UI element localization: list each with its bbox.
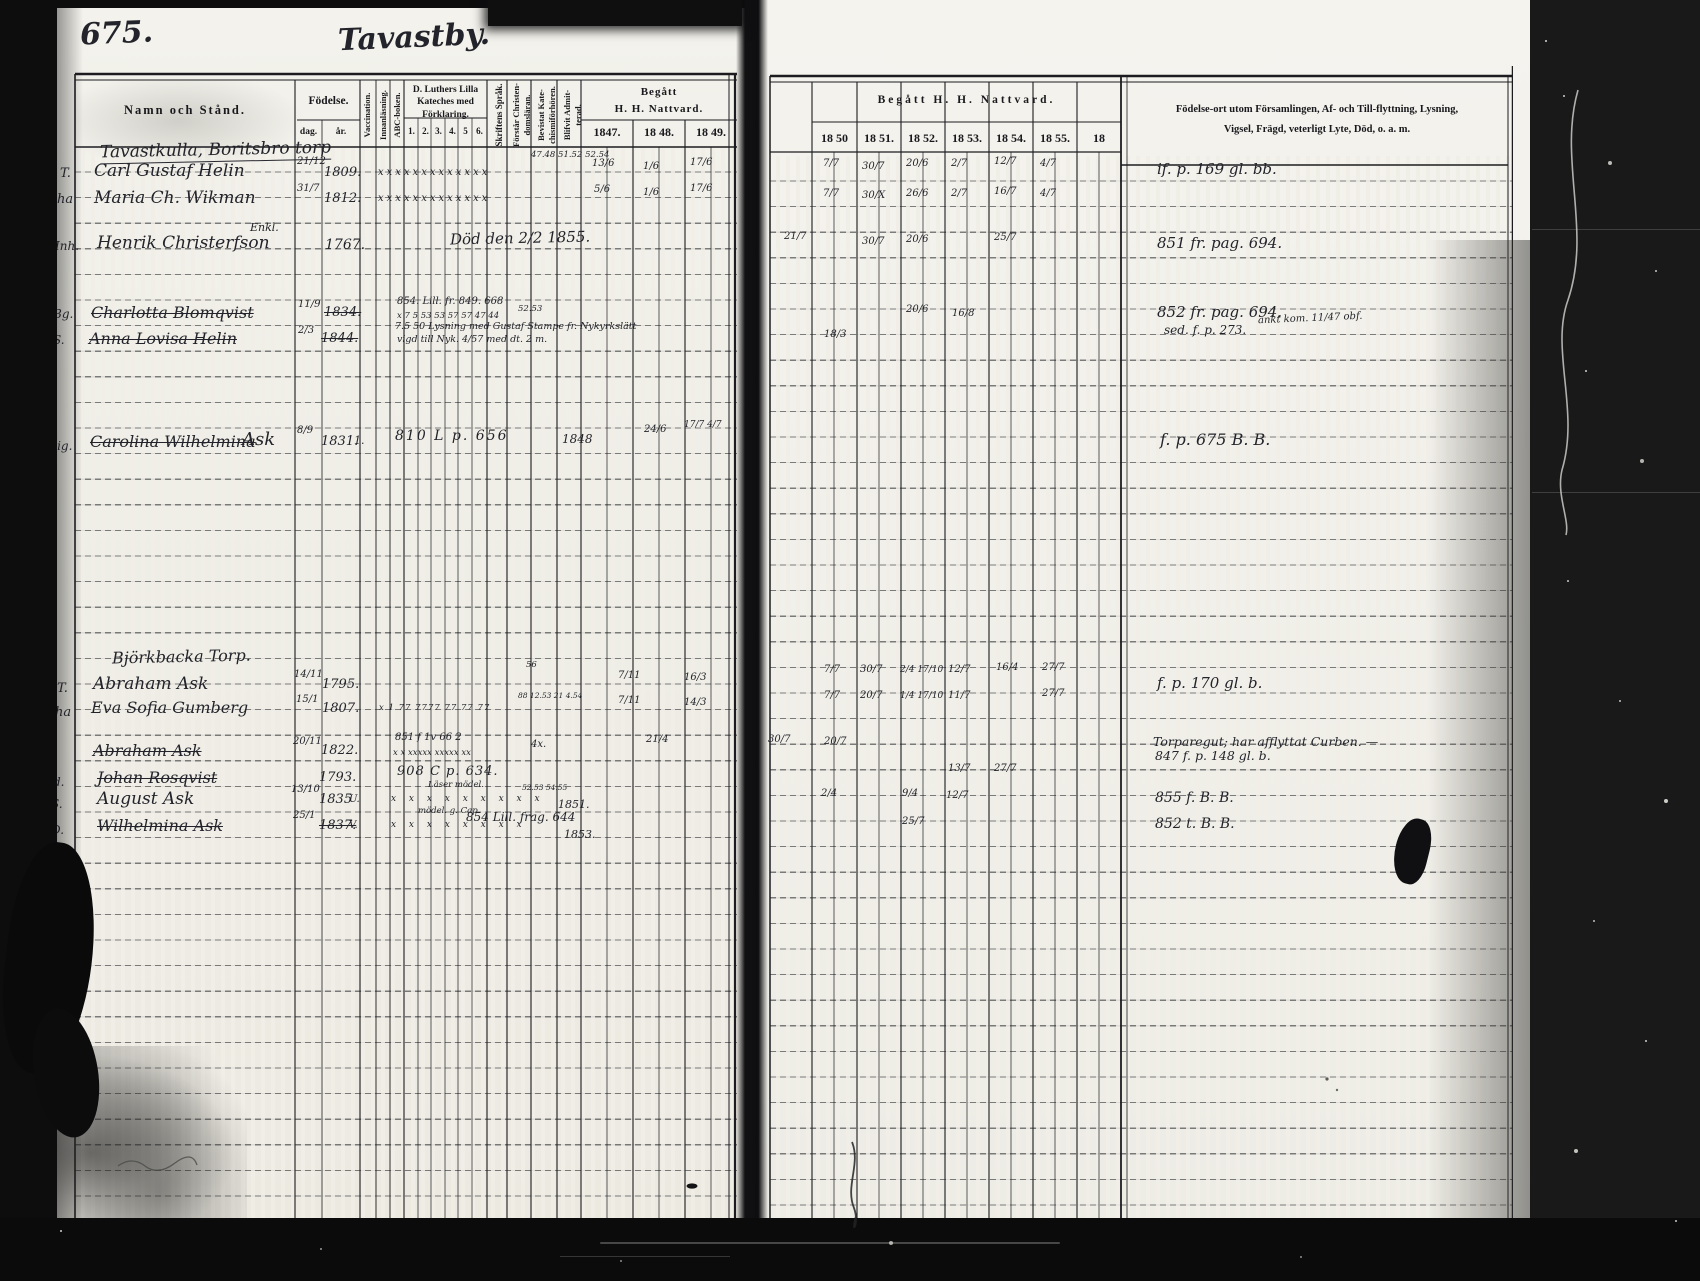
entry-helin-communion-1849: 17/6 xyxy=(690,157,712,168)
entry-eva-name: Eva Sofia Gumberg xyxy=(91,698,248,717)
top-center-shadow xyxy=(488,0,742,26)
entry-august-name: August Ask xyxy=(97,789,194,809)
entry-helin-communion-1854: 12/7 xyxy=(994,156,1016,167)
entry-eva-communion-1855: 27/7 xyxy=(1042,688,1064,699)
entry-abraham-jr-attended: 4x. xyxy=(531,739,546,750)
entry-christerfson-communion-1851: 30/7 xyxy=(862,236,884,247)
entry-eva-catechism-marks: x 1 77 7777 77 77 77 xyxy=(379,703,490,713)
entry-anna-birth-year: 1844. xyxy=(321,331,358,346)
entry-eva-birth-year: 1807. xyxy=(322,701,359,716)
entry-carolina-vaccination: 1. xyxy=(354,434,365,447)
entry-abraham-note: f. p. 170 gl. b. xyxy=(1157,674,1262,692)
year-header-1855: 18 55. xyxy=(1033,131,1077,146)
entry-carolina-birth-day: 8/9 xyxy=(297,425,313,436)
binding-gutter xyxy=(736,0,768,1281)
entry-helin-birth-year: 1809. xyxy=(324,165,361,180)
right-page-edge-shading xyxy=(1428,240,1530,1220)
entry-wilhelmina-exam-note: 854 Lill. frag. 644 xyxy=(466,810,575,824)
catechism-col-5: 5 xyxy=(459,126,472,136)
entry-rosqvist-communion-1853: 13/7 xyxy=(948,763,970,774)
scan-streak-1 xyxy=(1532,229,1700,230)
column-header-catechism: D. Luthers Lilla Kateches med Förklaring… xyxy=(404,84,487,121)
entry-august-note: 855 f. B. B. xyxy=(1155,790,1234,806)
entry-abraham-jr-catechism-note: 851 f 1v 66 2 xyxy=(395,732,462,743)
entry-abraham-communion-1849: 16/3 xyxy=(684,672,706,683)
entry-eva-communion-1847: 7/11 xyxy=(618,695,640,706)
column-header-birth-year: år. xyxy=(322,127,360,137)
entry-wikman-prefix: ha xyxy=(57,192,73,207)
entry-august-communion-1853: 12/7 xyxy=(946,790,968,801)
bottom-scratch-1 xyxy=(600,1242,1060,1244)
entry-blomqvist-communion-1853: 16/8 xyxy=(952,308,974,319)
year-header-1852: 18 52. xyxy=(901,131,945,146)
catechism-col-4: 4. xyxy=(446,126,459,136)
entry-wikman-communion-1848: 1/6 xyxy=(643,187,659,198)
entry-wikman-communion-1851: 30/X xyxy=(862,190,885,201)
entry-blomqvist-birth-day: 11/9 xyxy=(298,299,320,310)
entry-blomqvist-catechism-marks: x 7 5 53 53 57 57 47 44 xyxy=(397,311,499,321)
entry-eva-communion-1849: 14/3 xyxy=(684,697,706,708)
catechism-col-2: 2. xyxy=(419,126,432,136)
entry-august-exam-years: 52.53 54.55 xyxy=(522,784,567,793)
entry-wikman-name: Maria Ch. Wikman xyxy=(94,188,256,208)
entry-wilhelmina-name: Wilhelmina Ask xyxy=(97,816,223,835)
column-header-notes: Födelse-ort utom Församlingen, Af- och T… xyxy=(1121,100,1513,140)
entry-wikman-communion-1847: 5/6 xyxy=(594,184,610,195)
entry-wikman-birth-year: 1812. xyxy=(324,191,361,206)
entry-helin-communion-1848: 1/6 xyxy=(643,161,659,172)
entry-christerfson-birth-year: 1767. xyxy=(325,237,365,253)
column-header-abc-book: ABC-boken. xyxy=(392,83,403,147)
entry-wikman-communion-1850: 7/7 xyxy=(823,188,839,199)
entry-rosqvist-communion-1854: 27/7 xyxy=(994,763,1016,774)
dust-specks-right xyxy=(1545,40,1547,42)
entry-helin-communion-1853: 2/7 xyxy=(951,158,967,169)
archival-scan: Namn och Stånd. Födelse. dag. år. Vaccin… xyxy=(0,0,1700,1281)
entry-helin-prefix: T. xyxy=(60,166,71,181)
entry-helin-communion-1847: 13/6 xyxy=(592,158,614,169)
entry-abraham-jr-note: Torparegut; har afflyttat Curben. — xyxy=(1153,734,1378,749)
entry-carolina-name: Carolina Wilhelmina xyxy=(90,432,256,451)
entry-wilhelmina-admitted-year: 1853. xyxy=(564,828,596,841)
entry-eva-communion-1850: 7/7 xyxy=(824,690,840,701)
entry-eva-communion-1853: 11/7 xyxy=(948,690,970,701)
entry-abraham-communion-1854: 16/4 xyxy=(996,662,1018,673)
entry-eva-prefix: ha xyxy=(55,705,71,720)
entry-christerfson-prefix: Inh. xyxy=(55,239,79,253)
entry-christerfson-status: Enkl. xyxy=(250,221,279,234)
entry-eva-birth-day: 15/1 xyxy=(296,694,318,705)
entry-abraham-birth-year: 1795. xyxy=(322,677,359,692)
entry-abraham-jr-note-2: 847 f. p. 148 gl. b. xyxy=(1155,748,1271,763)
dust-specks-bottom xyxy=(60,1230,62,1232)
entry-abraham-communion-1853: 12/7 xyxy=(948,664,970,675)
entry-blomqvist-communion-1852: 20/6 xyxy=(906,304,928,315)
entry-abraham-communion-1855: 27/7 xyxy=(1042,662,1064,673)
entry-wikman-communion-1853: 2/7 xyxy=(951,188,967,199)
column-header-name: Namn och Stånd. xyxy=(75,103,295,118)
entry-helin-communion-1852: 20/6 xyxy=(906,158,928,169)
entry-abraham-communion-1850: 7/7 xyxy=(824,664,840,675)
column-header-scripture: Skriftens Språk. xyxy=(494,83,506,147)
year-header-1847: 1847. xyxy=(581,125,633,140)
entry-carolina-surname: Ask xyxy=(242,429,275,450)
entry-abraham-jr-name: Abraham Ask xyxy=(93,741,202,760)
catechism-col-1: 1. xyxy=(405,126,418,136)
entry-abraham-name: Abraham Ask xyxy=(93,674,208,694)
catechism-col-6: 6. xyxy=(473,126,486,136)
entry-august-reading-note: Läser mödel. xyxy=(428,780,484,790)
entry-wilhelmina-birth-day: 25/1 xyxy=(293,810,315,821)
entry-abraham-communion-1851: 30/7 xyxy=(860,664,882,675)
entry-blomqvist-note-3: sed. f. p. 273. xyxy=(1164,323,1246,337)
entry-august-communion-1850: 2/4 xyxy=(821,788,837,799)
bottom-scan-border xyxy=(0,1218,1700,1281)
entry-abraham-jr-birth-day: 20/11 xyxy=(293,736,322,747)
entry-abraham-jr-margin-mark: 30/7 xyxy=(768,734,790,745)
entry-christerfson-communion-1850: 21/7 xyxy=(784,231,806,242)
entry-carolina-communion-1849: 17/7 4/7 xyxy=(684,420,722,430)
entry-august-communion-1852: 9/4 xyxy=(902,788,918,799)
entry-christerfson-communion-1852: 20/6 xyxy=(906,234,928,245)
column-header-communion-left: Begått H. H. Nattvard. xyxy=(581,84,737,117)
entry-abraham-jr-catechism-marks: x x xxxxx xxxxx xx xyxy=(393,748,471,758)
entry-august-vaccination: U. xyxy=(349,794,360,805)
entry-wikman-communion-1852: 26/6 xyxy=(906,188,928,199)
entry-abraham-prefix: T. xyxy=(57,681,68,696)
entry-anna-banns-note-2: vigd till Nyk. 4/57 med dt. 2 m. xyxy=(397,334,547,345)
entry-christerfson-communion-1854: 25/7 xyxy=(994,232,1016,243)
entry-helin-communion-1855: 4/7 xyxy=(1040,158,1056,169)
entry-abraham-jr-communion-1850: 20/7 xyxy=(824,736,846,747)
year-header-1854: 18 54. xyxy=(989,131,1033,146)
entry-helin-communion-1850: 7/7 xyxy=(823,158,839,169)
entry-carolina-admitted-year: 1848 xyxy=(562,432,593,446)
entry-christerfson-death-note: Död den 2/2 1855. xyxy=(450,228,591,249)
entry-wilhelmina-vaccination: V. xyxy=(349,820,358,831)
entry-christerfson-name: Henrik Christerfson xyxy=(97,233,270,253)
entry-wilhelmina-note: 852 t. B. B. xyxy=(1155,816,1235,832)
entry-rosqvist-birth-year: 1793. xyxy=(319,770,356,785)
entry-abraham-birth-day: 14/11 xyxy=(294,669,323,680)
year-header-1850: 18 50 xyxy=(812,131,857,146)
entry-helin-birth-day: 21/12 xyxy=(297,156,326,167)
entry-blomqvist-name: Charlotta Blomqvist xyxy=(91,303,254,322)
entry-wikman-catechism-marks: xxxxxxxxxxxxx xyxy=(378,193,490,204)
year-header-1851: 18 51. xyxy=(857,131,901,146)
year-header-1849: 18 49. xyxy=(685,125,737,140)
entry-carolina-catechism-note: 810 L p. 656 xyxy=(395,428,509,444)
entry-helin-catechism-marks: xxxxxxxxxxxxx xyxy=(378,167,490,178)
year-header-1853: 18 53. xyxy=(945,131,989,146)
entry-helin-communion-1851: 30/7 xyxy=(862,161,884,172)
entry-carolina-note: f. p. 675 B. B. xyxy=(1160,430,1270,449)
entry-anna-communion-1850: 18/3 xyxy=(824,329,846,340)
entry-abraham-communion-1847: 7/11 xyxy=(618,670,640,681)
year-header-1848: 18 48. xyxy=(633,125,685,140)
entry-anna-name: Anna Lovisa Helin xyxy=(89,329,237,348)
entry-anna-birth-day: 2/3 xyxy=(298,325,314,336)
entry-wikman-communion-1855: 4/7 xyxy=(1040,188,1056,199)
entry-eva-communion-1851: 20/7 xyxy=(860,690,882,701)
right-scan-border xyxy=(1530,0,1700,1281)
entry-wikman-communion-1849: 17/6 xyxy=(690,183,712,194)
column-header-reading: Innanläsning. xyxy=(378,83,389,147)
column-header-attended: Bevistat Kate- chismiförhören. xyxy=(536,83,558,147)
household-heading-2: Björkbacka Torp. xyxy=(112,646,251,668)
entry-blomqvist-catechism-note: 854. Lill. fr. 849. 668 xyxy=(397,296,503,307)
year-header-blank: 18 xyxy=(1077,131,1121,146)
page-number: 675. xyxy=(79,14,154,52)
entry-wikman-birth-day: 31/7 xyxy=(297,183,319,194)
entry-abraham-jr-communion-1848: 21/4 xyxy=(646,734,668,745)
entry-eva-communion-1852: 1/4 17/10 xyxy=(900,691,943,701)
entry-rosqvist-name: Johan Rosqvist xyxy=(97,768,217,787)
entry-blomqvist-exam-years: 52.53 xyxy=(518,304,542,314)
column-header-understands: Förstår Christen- domsläran. xyxy=(511,83,533,147)
entry-august-birth-year: 1835 xyxy=(319,792,352,807)
entry-eva-exam-years: 88 12.53 21 4.54 xyxy=(518,692,582,701)
column-header-birth: Födelse. xyxy=(297,95,360,107)
entry-helin-name: Carl Gustaf Helin xyxy=(94,161,245,181)
entry-carolina-birth-year: 1831. xyxy=(321,434,358,449)
scan-streak-2 xyxy=(1532,492,1700,493)
book-heading: Tavastby. xyxy=(337,17,490,59)
entry-wikman-communion-1854: 16/7 xyxy=(994,186,1016,197)
entry-blomqvist-birth-year: 1834. xyxy=(324,305,361,320)
entry-abraham-jr-birth-year: 1822. xyxy=(321,743,358,758)
entry-anna-banns-note-1: 7.5 50 Lysning med Gustaf Stampe fr. Nyk… xyxy=(395,321,636,332)
entry-rosqvist-catechism-note: 908 C p. 634. xyxy=(397,764,499,779)
bottom-scratch-2 xyxy=(560,1256,730,1257)
entry-abraham-exam-years: 56 xyxy=(526,660,537,670)
entry-helin-note: if. p. 169 gl. bb. xyxy=(1157,160,1277,178)
entry-august-birth-day: 13/10 xyxy=(291,784,320,795)
column-header-vaccination: Vaccination. xyxy=(362,83,373,147)
column-header-communion-right: Begått H. H. Nattvard. xyxy=(812,94,1121,106)
entry-august-catechism-marks: x x x x x x x x x xyxy=(391,794,545,804)
entry-abraham-communion-1852: 2/4 17/10 xyxy=(900,665,943,675)
entry-christerfson-note: 851 fr. pag. 694. xyxy=(1157,234,1282,252)
column-header-birth-day: dag. xyxy=(295,127,322,137)
entry-wilhelmina-communion-1852: 25/7 xyxy=(902,816,924,827)
catechism-col-3: 3. xyxy=(432,126,445,136)
entry-carolina-communion-1848: 24/6 xyxy=(644,424,666,435)
